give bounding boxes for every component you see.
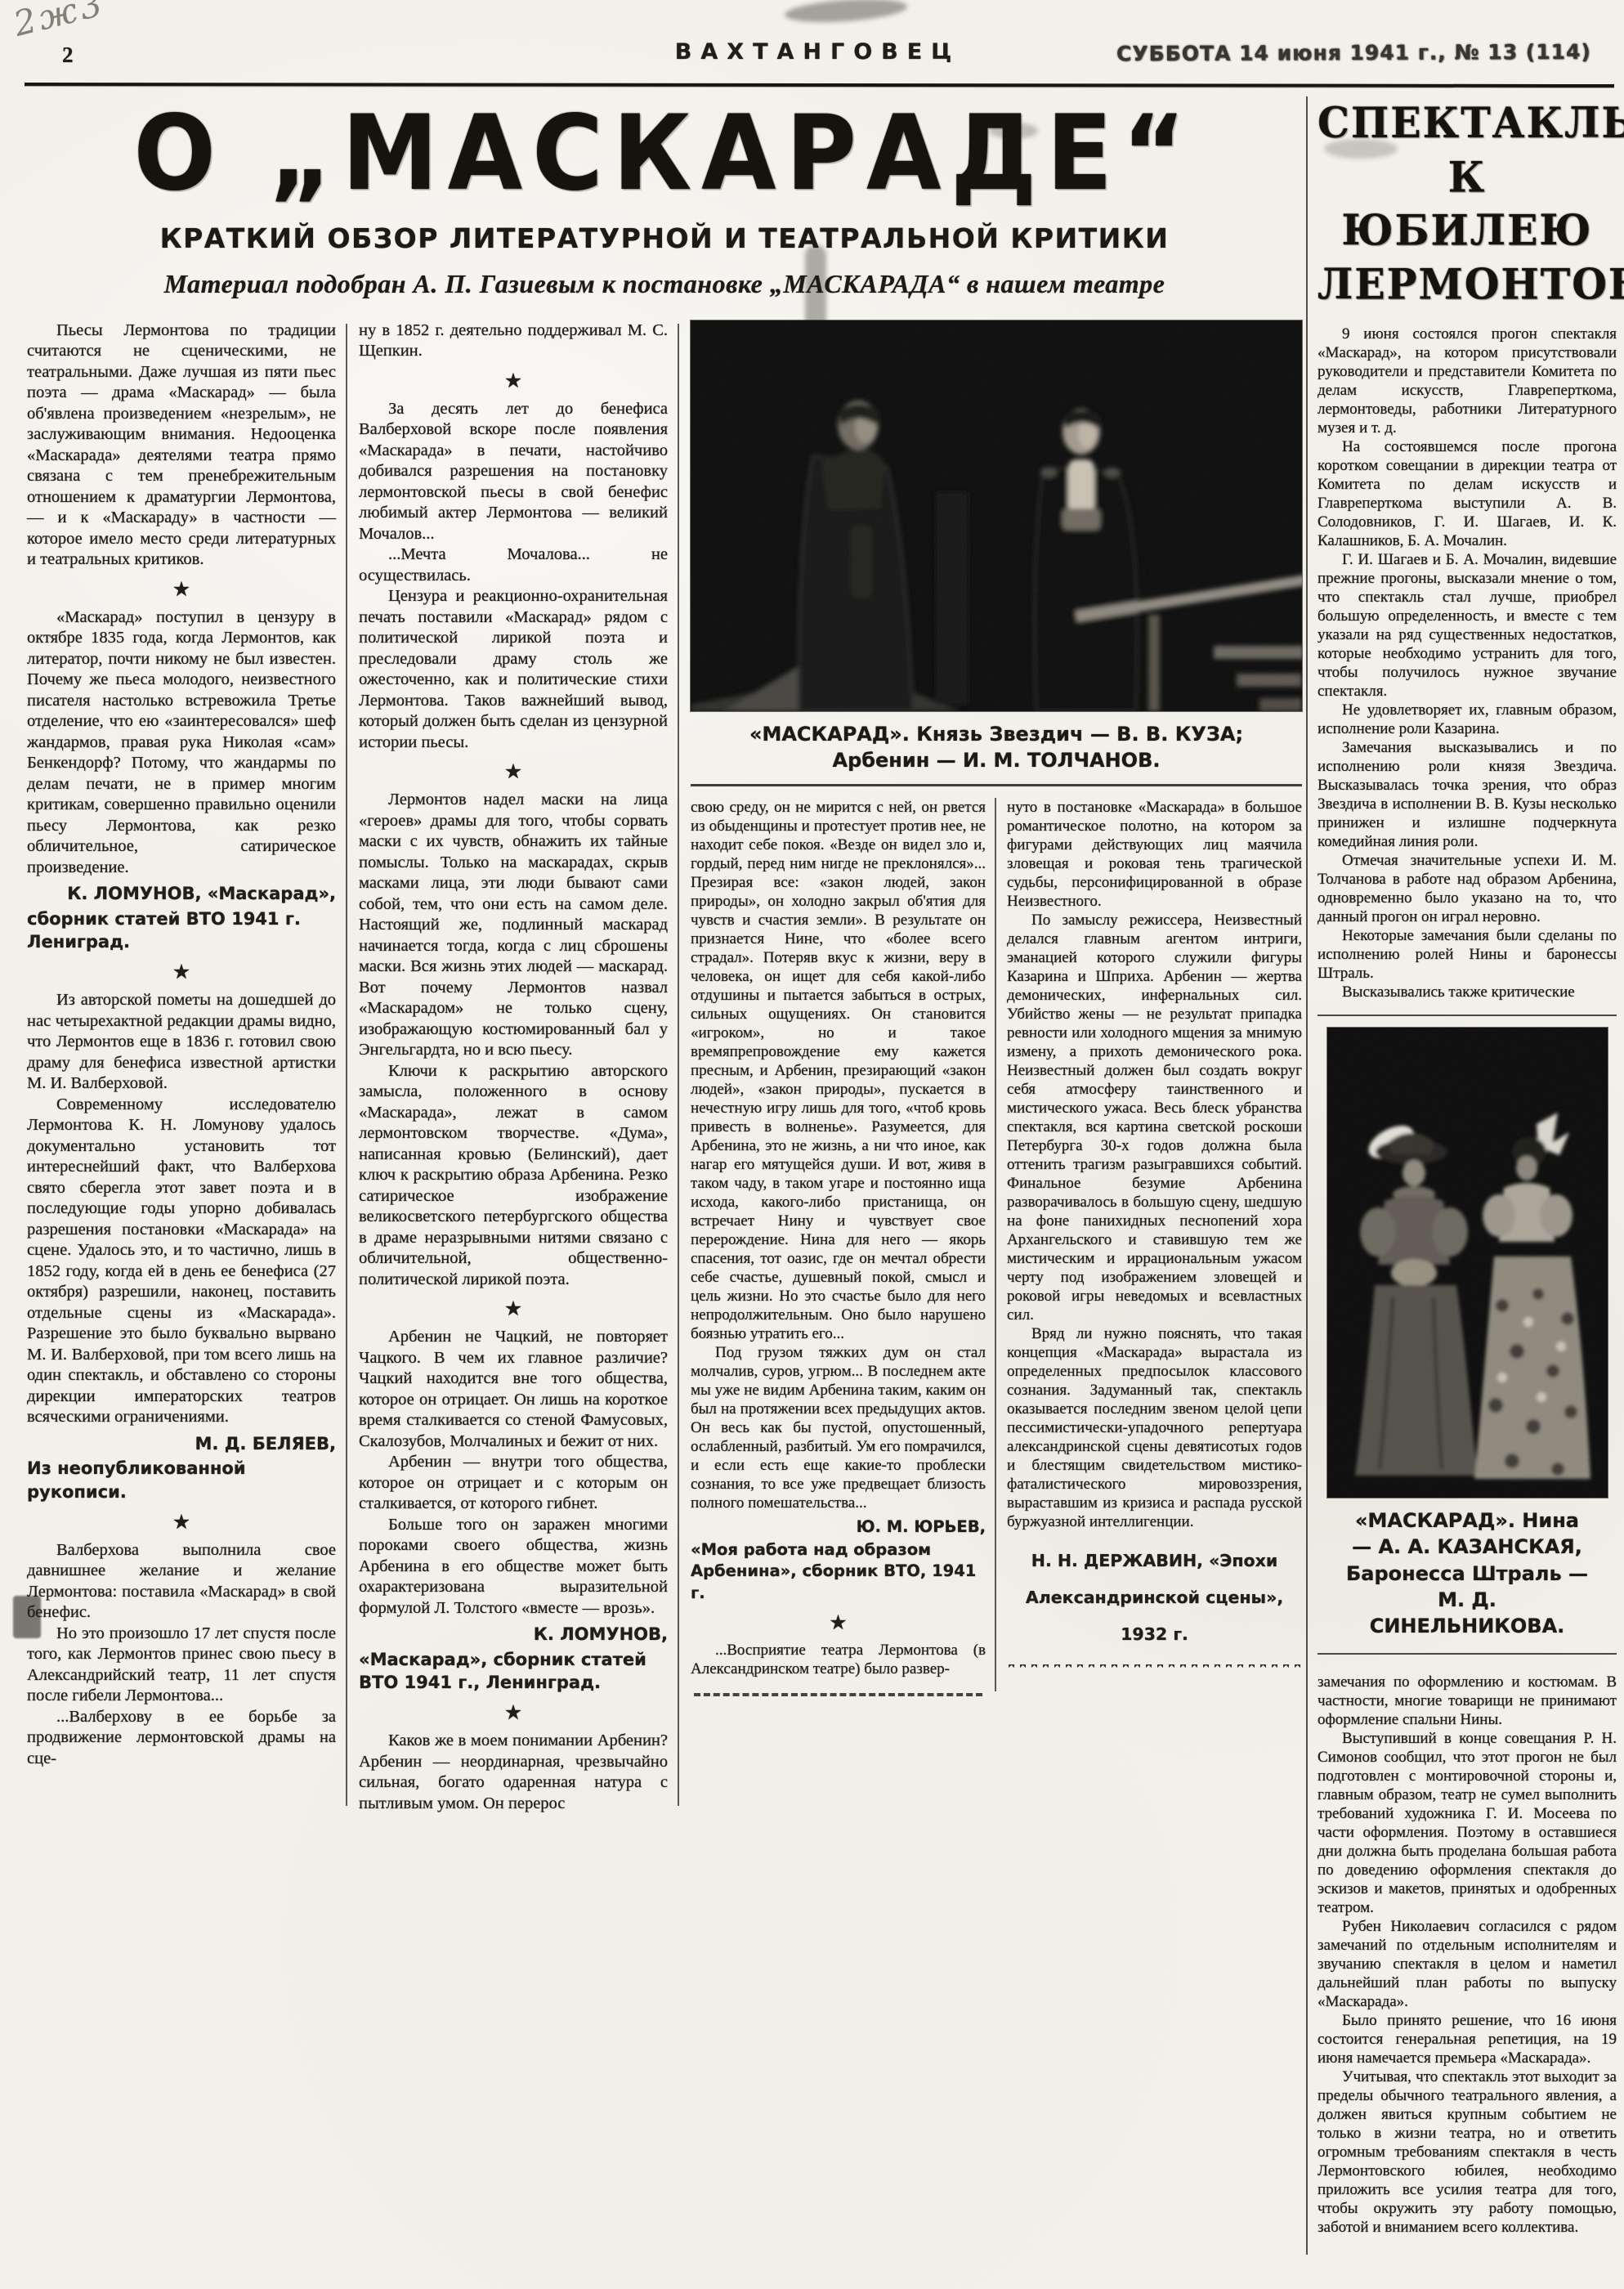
signature: М. Д. БЕЛЯЕВ, [27, 1432, 336, 1455]
paragraph: Отмечая значительные успехи И. М. Толчан… [1318, 851, 1617, 926]
paragraph: ...Валберхову в ее борьбе за продвижение… [27, 1707, 336, 1770]
main-byline: Материал подобран А. П. Газиевым к поста… [27, 269, 1302, 299]
paragraph: На состоявшемся после прогона коротком с… [1318, 437, 1617, 550]
paragraph: Высказывались также критические [1318, 983, 1617, 1001]
article-lower-columns: свою среду, он не мирится с ней, он рвет… [691, 798, 1302, 1696]
side-rule [1318, 1653, 1617, 1655]
side-article-top: 9 июня состоялся прогон спектакля «Маска… [1318, 325, 1617, 1001]
wavy-rule [1009, 1664, 1300, 1672]
main-article: О „МАСКАРАДЕ“ КРАТКИЙ ОБЗОР ЛИТЕРАТУРНОЙ… [27, 92, 1302, 1814]
side-photo-caption: «МАСКАРАД». Нина — А. А. КАЗАНСКАЯ, Баро… [1318, 1507, 1617, 1640]
header-rule [25, 83, 1614, 87]
page: 2ж3 2 ВАХТАНГОВЕЦ СУББОТА 14 июня 1941 г… [0, 0, 1624, 2289]
paragraph: По замыслу режиссера, Неизвестный делалс… [1007, 911, 1302, 1324]
star-separator: ★ [27, 962, 336, 983]
column-divider [995, 798, 996, 1691]
paragraph: Современному исследователю Лермонтова К.… [27, 1095, 336, 1428]
dashed-rule [694, 1693, 982, 1696]
caption-rule [691, 784, 1302, 786]
star-separator: ★ [359, 1299, 668, 1319]
signature-source: Из неопубликованной рукописи. [27, 1457, 336, 1503]
paragraph-continued: свою среду, он не мирится с ней, он рвет… [691, 798, 986, 1343]
column-divider [346, 324, 347, 1807]
photo-caption: «МАСКАРАД». Князь Звездич — В. В. КУЗА; … [691, 721, 1302, 774]
article-column-2: ну в 1852 г. деятельно поддерживал М. С.… [359, 320, 668, 1815]
paragraph: Не удовлетворяет их, главным образом, ис… [1318, 701, 1617, 738]
star-separator: ★ [27, 580, 336, 600]
issue-date: СУББОТА 14 июня 1941 г., № 13 (114) [1116, 40, 1591, 66]
paragraph: Г. И. Шагаев и Б. А. Мочалин, видевшие п… [1318, 550, 1617, 701]
paragraph: Цензура и реакционно-охранительная печат… [359, 586, 668, 753]
stage-photo-zvezdich-arbenin [691, 320, 1302, 711]
paragraph: Каков же в моем понимании Арбенин? Арбен… [359, 1731, 668, 1814]
column-divider [1306, 96, 1308, 2255]
paragraph: Но это произошло 17 лет спустя после тог… [27, 1624, 336, 1707]
paragraph: Учитывая, что спектакль этот выходит за … [1318, 2067, 1617, 2237]
signature-source: «Моя работа над образом Арбенина», сборн… [691, 1539, 986, 1604]
paragraph: Выступивший в конце совещания Р. Н. Симо… [1318, 1729, 1617, 1917]
paragraph: За десять лет до бенефиса Валберховой вс… [359, 399, 668, 545]
paragraph: ...Мечта Мочалова... не осуществилась. [359, 544, 668, 586]
paragraph-continued: нуто в постановке «Маскарада» в большое … [1007, 798, 1302, 911]
main-headline: О „МАСКАРАДЕ“ [27, 100, 1302, 208]
side-headline: СПЕКТАКЛЬ К ЮБИЛЕЮ ЛЕРМОНТОВА [1318, 96, 1617, 311]
signature: К. ЛОМУНОВ, [359, 1623, 668, 1646]
paragraph: «Маскарад» поступил в цензуру в октябре … [27, 607, 336, 879]
side-article-bottom: замечания по оформлению и костюмам. В ча… [1318, 1673, 1617, 2237]
paragraph: Рубен Николаевич согласился с рядом заме… [1318, 1917, 1617, 2011]
main-article-body: Пьесы Лермонтова по традиции считаются н… [27, 320, 1302, 1815]
ink-smudge [784, 0, 907, 25]
paragraph: Было принято решение, что 16 июня состои… [1318, 2011, 1617, 2067]
paragraph: Ключи к раскрытию авторского замысла, по… [359, 1061, 668, 1291]
paragraph: Валберхова выполнила свое давнишнее жела… [27, 1540, 336, 1624]
paragraph: Арбенин — внутри того общества, которое … [359, 1452, 668, 1515]
paragraph: ...Восприятие театра Лермонтова (в Алекс… [691, 1641, 986, 1678]
signature: К. ЛОМУНОВ, «Маскарад», [27, 882, 336, 905]
article-column-1: Пьесы Лермонтова по традиции считаются н… [27, 320, 336, 1815]
paragraph: Пьесы Лермонтова по традиции считаются н… [27, 320, 336, 571]
paragraph: 9 июня состоялся прогон спектакля «Маска… [1318, 325, 1617, 437]
paragraph-continued: замечания по оформлению и костюмам. В ча… [1318, 1673, 1617, 1729]
column-divider [678, 324, 679, 1807]
paragraph-continued: ну в 1852 г. деятельно поддерживал М. С.… [359, 320, 668, 362]
article-column-3: свою среду, он не мирится с ней, он рвет… [691, 798, 986, 1696]
paragraph: Больше того он заражен многими пороками … [359, 1515, 668, 1619]
paragraph: Некоторые замечания были сделаны по испо… [1318, 926, 1617, 983]
article-right-half: «МАСКАРАД». Князь Звездич — В. В. КУЗА; … [691, 320, 1302, 1815]
paragraph: Замечания высказывались и по исполнению … [1318, 738, 1617, 851]
signature: Ю. М. ЮРЬЕВ, [691, 1516, 986, 1538]
page-header: 2 ВАХТАНГОВЕЦ СУББОТА 14 июня 1941 г., №… [29, 25, 1606, 82]
side-article: СПЕКТАКЛЬ К ЮБИЛЕЮ ЛЕРМОНТОВА 9 июня сос… [1318, 96, 1617, 2237]
main-subtitle: КРАТКИЙ ОБЗОР ЛИТЕРАТУРНОЙ И ТЕАТРАЛЬНОЙ… [27, 222, 1302, 254]
star-separator: ★ [359, 371, 668, 392]
signature: Н. Н. ДЕРЖАВИН, «Эпохи Александринской с… [1007, 1543, 1302, 1653]
star-separator: ★ [27, 1512, 336, 1533]
paragraph: Под грузом тяжких дум он стал молчалив, … [691, 1343, 986, 1512]
star-separator: ★ [359, 1703, 668, 1723]
article-column-4: нуто в постановке «Маскарада» в большое … [1007, 798, 1302, 1696]
paragraph: Из авторской пометы на дошедшей до нас ч… [27, 990, 336, 1095]
paragraph: Лермонтов надел маски на лица «героев» д… [359, 790, 668, 1061]
star-separator: ★ [691, 1613, 986, 1633]
newspaper-page: { "page": { "number": "2", "masthead": "… [0, 0, 1624, 2289]
stage-photo-nina-shtral [1327, 1028, 1608, 1498]
paragraph: Арбенин не Чацкий, не повторяет Чацкого.… [359, 1327, 668, 1452]
star-separator: ★ [359, 762, 668, 782]
paragraph: Вряд ли нужно пояснять, что такая концеп… [1007, 1324, 1302, 1531]
signature-source: сборник статей ВТО 1941 г. Лениград. [27, 907, 336, 954]
side-rule [1318, 1015, 1617, 1016]
signature-source: «Маскарад», сборник статей ВТО 1941 г., … [359, 1648, 668, 1695]
